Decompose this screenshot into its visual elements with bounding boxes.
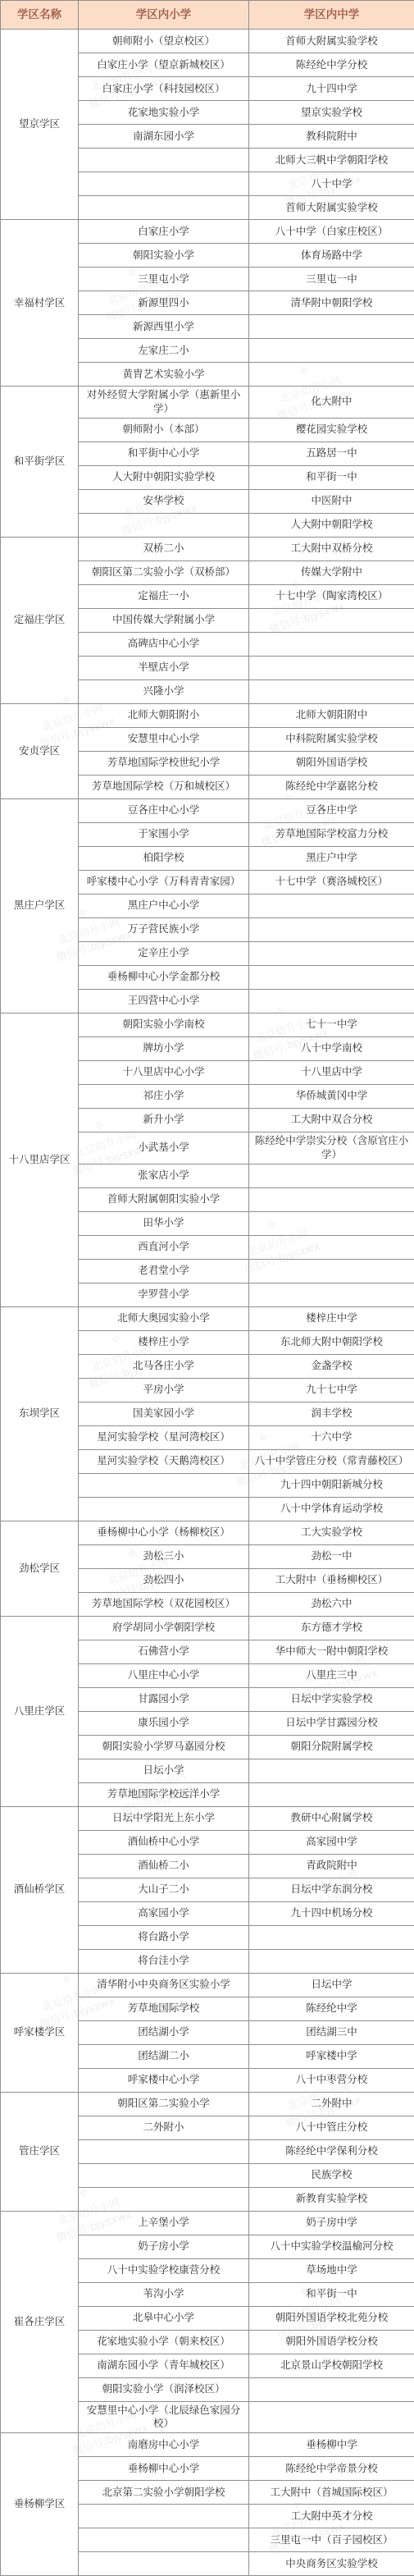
primary-school-cell xyxy=(79,2552,249,2576)
middle-school-cell xyxy=(249,1283,414,1306)
middle-school-cell: 八十中管庄分校 xyxy=(249,2116,414,2139)
primary-school-cell: 将台路小学 xyxy=(79,1925,249,1949)
primary-school-cell: 垂杨柳中心小学金都分校 xyxy=(79,965,249,989)
primary-school-cell: 新升小学 xyxy=(79,1108,249,1132)
primary-school-cell: 黑庄户中心小学 xyxy=(79,894,249,917)
district-name-cell: 安贞学区 xyxy=(1,703,79,798)
middle-school-cell: 中科院附属实验学校 xyxy=(249,727,414,751)
primary-school-cell: 牌坊小学 xyxy=(79,1036,249,1060)
primary-school-cell: 人大附中朝阳实验学校 xyxy=(79,465,249,489)
primary-school-cell: 苇沟小学 xyxy=(79,2282,249,2306)
primary-school-cell: 二外附小 xyxy=(79,2116,249,2139)
primary-school-cell: 西直河小学 xyxy=(79,1235,249,1259)
middle-school-cell: 陈经纶中学帝景分校 xyxy=(249,2457,414,2481)
middle-school-cell: 青政院附中 xyxy=(249,1854,414,1878)
primary-school-cell: 朝阳实验小学罗马嘉园分校 xyxy=(79,1735,249,1759)
middle-school-cell: 垂杨柳中学 xyxy=(249,2433,414,2457)
primary-school-cell: 兴隆小学 xyxy=(79,679,249,703)
middle-school-cell: 十七中学（赛洛城校区） xyxy=(249,870,414,894)
middle-school-cell: 工大实验学校 xyxy=(249,1521,414,1544)
primary-school-cell: 北京第二实验小学朝阳学校 xyxy=(79,2481,249,2505)
middle-school-cell: 高家园中学 xyxy=(249,1830,414,1854)
middle-school-cell: 工大附中双桥分校 xyxy=(249,537,414,560)
middle-school-cell xyxy=(249,1782,414,1806)
middle-school-cell: 陈经纶中学分校 xyxy=(249,53,414,77)
primary-school-cell: 南湖东园小学（青年城校区） xyxy=(79,2354,249,2377)
middle-school-cell xyxy=(249,315,414,339)
primary-school-cell: 北皋中心小学 xyxy=(79,2306,249,2330)
middle-school-cell: 陈经纶中学 xyxy=(249,1997,414,2020)
primary-school-cell: 定福庄一小 xyxy=(79,584,249,608)
primary-school-cell: 酒仙桥中心小学 xyxy=(79,1830,249,1854)
primary-school-cell: 芳草地国际学校（双花园校区） xyxy=(79,1592,249,1616)
header-middle-schools: 学区内中学 xyxy=(249,1,414,30)
primary-school-cell: 八十中实验学校康营分校 xyxy=(79,2258,249,2282)
middle-school-cell: 草场地中学 xyxy=(249,2258,414,2282)
header-district-name: 学区名称 xyxy=(1,1,79,30)
table-row: 劲松学区垂杨柳中心小学（杨柳校区）工大实验学校 xyxy=(1,1521,414,1544)
middle-school-cell: 九十七中学 xyxy=(249,1378,414,1402)
primary-school-cell xyxy=(79,1473,249,1497)
middle-school-cell: 金盏学校 xyxy=(249,1354,414,1378)
primary-school-cell: 于家围小学 xyxy=(79,822,249,846)
middle-school-cell xyxy=(249,363,414,387)
middle-school-cell: 黑庄户中学 xyxy=(249,846,414,870)
primary-school-cell: 垂杨柳中心小学 xyxy=(79,2457,249,2481)
middle-school-cell: 中央商务区实验学校 xyxy=(249,2552,414,2576)
table-row: 十八里店学区朝阳实验小学南校七十一中学 xyxy=(1,1013,414,1036)
primary-school-cell xyxy=(79,2163,249,2187)
primary-school-cell xyxy=(79,513,249,537)
middle-school-cell xyxy=(249,608,414,632)
middle-school-cell: 东北师大附中朝阳学校 xyxy=(249,1330,414,1354)
primary-school-cell: 康乐园小学 xyxy=(79,1711,249,1735)
primary-school-cell: 三里屯小学 xyxy=(79,268,249,291)
district-name-cell: 垂杨柳学区 xyxy=(1,2433,79,2576)
district-name-cell: 崔各庄学区 xyxy=(1,2211,79,2433)
middle-school-cell xyxy=(249,894,414,917)
middle-school-cell: 日坛中学实验学校 xyxy=(249,1687,414,1711)
primary-school-cell: 万子营民族小学 xyxy=(79,917,249,941)
primary-school-cell: 双桥二小 xyxy=(79,537,249,560)
middle-school-cell: 望京实验学校 xyxy=(249,101,414,125)
middle-school-cell xyxy=(249,1164,414,1187)
primary-school-cell: 豆各庄中心小学 xyxy=(79,798,249,822)
middle-school-cell: 九十四中学 xyxy=(249,77,414,101)
primary-school-cell: 朝阳实验小学南校 xyxy=(79,1013,249,1036)
primary-school-cell: 日坛中学阳光上东小学 xyxy=(79,1806,249,1830)
primary-school-cell xyxy=(79,2139,249,2163)
middle-school-cell xyxy=(249,1211,414,1235)
middle-school-cell: 十七中学（陶家湾校区） xyxy=(249,584,414,608)
middle-school-cell: 三里屯一中 xyxy=(249,268,414,291)
middle-school-cell xyxy=(249,656,414,679)
middle-school-cell: 日坛中学东润分校 xyxy=(249,1878,414,1901)
primary-school-cell: 芳草地国际学校（万和城校区） xyxy=(79,775,249,798)
district-school-table: 学区名称 学区内小学 学区内中学 望京学区朝师附小（望京校区）首师大附属实验学校… xyxy=(0,0,414,2576)
district-name-cell: 管庄学区 xyxy=(1,2092,79,2211)
primary-school-cell: 楼梓庄小学 xyxy=(79,1330,249,1354)
middle-school-cell xyxy=(249,1925,414,1949)
middle-school-cell: 和平街一中 xyxy=(249,2282,414,2306)
middle-school-cell: 日坛中学 xyxy=(249,1973,414,1997)
middle-school-cell: 朝阳外国语学校分校 xyxy=(249,2330,414,2354)
primary-school-cell: 安慧里中心小学 xyxy=(79,727,249,751)
primary-school-cell: 高家园小学 xyxy=(79,1901,249,1925)
middle-school-cell: 润丰学校 xyxy=(249,1402,414,1425)
middle-school-cell xyxy=(249,917,414,941)
middle-school-cell xyxy=(249,1259,414,1283)
middle-school-cell: 八十中学南校 xyxy=(249,1036,414,1060)
primary-school-cell xyxy=(79,149,249,172)
primary-school-cell: 首师大附属朝阳实验小学 xyxy=(79,1187,249,1211)
table-row: 安贞学区北师大朝阳附小北师大朝阳附中 xyxy=(1,703,414,727)
primary-school-cell: 朝师附小（望京校区） xyxy=(79,30,249,53)
primary-school-cell: 定辛庄小学 xyxy=(79,941,249,965)
middle-school-cell: 华中师大一附中朝阳学校 xyxy=(249,1640,414,1663)
middle-school-cell: 陈经纶中学保利分校 xyxy=(249,2139,414,2163)
middle-school-cell: 陈经纶中学嘉铭分校 xyxy=(249,775,414,798)
middle-school-cell: 奶子房中学 xyxy=(249,2211,414,2235)
primary-school-cell: 白家庄小学（望京新城校区） xyxy=(79,53,249,77)
middle-school-cell: 呼家楼中学 xyxy=(249,2044,414,2068)
middle-school-cell: 九十四中机场分校 xyxy=(249,1901,414,1925)
primary-school-cell xyxy=(79,2528,249,2552)
primary-school-cell: 星河实验学校（星河湾校区） xyxy=(79,1425,249,1449)
middle-school-cell: 华侨城黄冈中学 xyxy=(249,1084,414,1108)
header-primary-schools: 学区内小学 xyxy=(79,1,249,30)
table-row: 管庄学区朝阳区第二实验小学二外附中 xyxy=(1,2092,414,2116)
district-name-cell: 和平街学区 xyxy=(1,387,79,538)
district-name-cell: 定福庄学区 xyxy=(1,537,79,703)
primary-school-cell: 劲松四小 xyxy=(79,1568,249,1592)
middle-school-cell: 清华附中朝阳学校 xyxy=(249,291,414,315)
primary-school-cell: 平房小学 xyxy=(79,1378,249,1402)
middle-school-cell xyxy=(249,1235,414,1259)
middle-school-cell: 首师大附属实验学校 xyxy=(249,30,414,53)
middle-school-cell: 日坛中学甘露园分校 xyxy=(249,1711,414,1735)
middle-school-cell xyxy=(249,632,414,656)
primary-school-cell: 朝阳区第二实验小学 xyxy=(79,2092,249,2116)
primary-school-cell: 国美家园小学 xyxy=(79,1402,249,1425)
middle-school-cell: 人大附中朝阳学校 xyxy=(249,513,414,537)
middle-school-cell: 八十中实验学校温榆河分校 xyxy=(249,2235,414,2258)
primary-school-cell: 白家庄小学 xyxy=(79,220,249,244)
primary-school-cell: 小武基小学 xyxy=(79,1132,249,1164)
middle-school-cell: 北京景山学校朝阳学校 xyxy=(249,2354,414,2377)
primary-school-cell: 新源西里小学 xyxy=(79,315,249,339)
middle-school-cell xyxy=(249,2401,414,2433)
primary-school-cell: 左家庄二小 xyxy=(79,339,249,363)
middle-school-cell: 三里屯一中（百子园校区） xyxy=(249,2528,414,2552)
primary-school-cell: 安华学校 xyxy=(79,489,249,513)
primary-school-cell xyxy=(79,196,249,220)
middle-school-cell: 朝阳分院附属学校 xyxy=(249,1735,414,1759)
primary-school-cell: 垂杨柳中心小学（杨柳校区） xyxy=(79,1521,249,1544)
primary-school-cell: 孛罗营小学 xyxy=(79,1283,249,1306)
table-row: 东坝学区北师大奥园实验小学楼梓庄中学 xyxy=(1,1306,414,1330)
primary-school-cell: 甘露园小学 xyxy=(79,1687,249,1711)
middle-school-cell xyxy=(249,2377,414,2401)
middle-school-cell xyxy=(249,339,414,363)
middle-school-cell: 朝阳外国语学校 xyxy=(249,751,414,775)
district-name-cell: 呼家楼学区 xyxy=(1,1973,79,2092)
middle-school-cell: 二外附中 xyxy=(249,2092,414,2116)
primary-school-cell: 十八里店中心小学 xyxy=(79,1060,249,1084)
table-row: 酒仙桥学区日坛中学阳光上东小学教研中心附属学校 xyxy=(1,1806,414,1830)
middle-school-cell: 新教育实验学校 xyxy=(249,2187,414,2211)
primary-school-cell: 石佛营小学 xyxy=(79,1640,249,1663)
primary-school-cell: 团结湖小学 xyxy=(79,2020,249,2044)
middle-school-cell: 十八里店中学 xyxy=(249,1060,414,1084)
table-row: 崔各庄学区上辛堡小学奶子房中学 xyxy=(1,2211,414,2235)
primary-school-cell: 将台洼小学 xyxy=(79,1949,249,1973)
middle-school-cell: 教科院附中 xyxy=(249,125,414,149)
district-name-cell: 劲松学区 xyxy=(1,1521,79,1616)
district-name-cell: 酒仙桥学区 xyxy=(1,1806,79,1973)
middle-school-cell: 七十一中学 xyxy=(249,1013,414,1036)
primary-school-cell: 星河实验学校（天鹅湾校区） xyxy=(79,1449,249,1473)
primary-school-cell: 祁庄小学 xyxy=(79,1084,249,1108)
primary-school-cell: 花家地实验小学（朝来校区） xyxy=(79,2330,249,2354)
primary-school-cell: 朝阳实验小学（润泽校区） xyxy=(79,2377,249,2401)
primary-school-cell xyxy=(79,172,249,196)
primary-school-cell: 对外经贸大学附属小学（惠新里小学） xyxy=(79,387,249,419)
middle-school-cell: 豆各庄中学 xyxy=(249,798,414,822)
primary-school-cell: 上辛堡小学 xyxy=(79,2211,249,2235)
middle-school-cell xyxy=(249,1759,414,1782)
district-name-cell: 望京学区 xyxy=(1,30,79,220)
table-row: 和平街学区对外经贸大学附属小学（惠新里小学）化大附中 xyxy=(1,387,414,419)
middle-school-cell: 北师大三帆中学朝阳学校 xyxy=(249,149,414,172)
primary-school-cell: 呼家楼中心小学（万科青青家园） xyxy=(79,870,249,894)
primary-school-cell xyxy=(79,2187,249,2211)
middle-school-cell: 和平街一中 xyxy=(249,465,414,489)
primary-school-cell xyxy=(79,2505,249,2528)
middle-school-cell: 劲松一中 xyxy=(249,1544,414,1568)
primary-school-cell: 白家庄小学（科技园校区） xyxy=(79,77,249,101)
primary-school-cell: 芳草地国际学校世纪小学 xyxy=(79,751,249,775)
middle-school-cell: 北师大朝阳附中 xyxy=(249,703,414,727)
middle-school-cell: 十六中学 xyxy=(249,1425,414,1449)
header-row: 学区名称 学区内小学 学区内中学 xyxy=(1,1,414,30)
primary-school-cell: 北师大奥园实验小学 xyxy=(79,1306,249,1330)
primary-school-cell: 新源里四小 xyxy=(79,291,249,315)
primary-school-cell: 田华小学 xyxy=(79,1211,249,1235)
primary-school-cell: 呼家楼中心小学 xyxy=(79,2068,249,2092)
middle-school-cell xyxy=(249,989,414,1013)
table-row: 垂杨柳学区南磨房中心小学垂杨柳中学 xyxy=(1,2433,414,2457)
table-row: 幸福村学区白家庄小学八十中学（白家庄校区） xyxy=(1,220,414,244)
middle-school-cell: 工大附中（首城国际校区） xyxy=(249,2481,414,2505)
middle-school-cell xyxy=(249,679,414,703)
middle-school-cell: 八十中枣营分校 xyxy=(249,2068,414,2092)
primary-school-cell: 朝阳区第二实验小学（双桥部） xyxy=(79,560,249,584)
middle-school-cell xyxy=(249,965,414,989)
middle-school-cell: 八十中学体育运动学校 xyxy=(249,1497,414,1521)
middle-school-cell: 东方德才学校 xyxy=(249,1616,414,1640)
primary-school-cell: 朝阳实验小学 xyxy=(79,244,249,268)
middle-school-cell: 民族学校 xyxy=(249,2163,414,2187)
table-row: 望京学区朝师附小（望京校区）首师大附属实验学校 xyxy=(1,30,414,53)
table-row: 八里庄学区府学胡同小学朝阳学校东方德才学校 xyxy=(1,1616,414,1640)
middle-school-cell: 工大附中（垂杨柳校区） xyxy=(249,1568,414,1592)
primary-school-cell: 团结湖二小 xyxy=(79,2044,249,2068)
district-name-cell: 八里庄学区 xyxy=(1,1616,79,1806)
primary-school-cell: 北师大朝阳附小 xyxy=(79,703,249,727)
primary-school-cell: 半壁店小学 xyxy=(79,656,249,679)
primary-school-cell: 北马各庄小学 xyxy=(79,1354,249,1378)
middle-school-cell: 中医附中 xyxy=(249,489,414,513)
middle-school-cell: 传媒大学附中 xyxy=(249,560,414,584)
primary-school-cell: 安慧里中心小学（北辰绿色家园分校） xyxy=(79,2401,249,2433)
middle-school-cell: 化大附中 xyxy=(249,387,414,419)
primary-school-cell: 芳草地国际学校 xyxy=(79,1997,249,2020)
middle-school-cell xyxy=(249,941,414,965)
middle-school-cell: 九十四中朝阳新城分校 xyxy=(249,1473,414,1497)
middle-school-cell: 团结湖三中 xyxy=(249,2020,414,2044)
table-row: 黑庄户学区豆各庄中心小学豆各庄中学 xyxy=(1,798,414,822)
primary-school-cell: 张家店小学 xyxy=(79,1164,249,1187)
middle-school-cell: 八十中学（白家庄校区） xyxy=(249,220,414,244)
primary-school-cell: 花家地实验小学 xyxy=(79,101,249,125)
table-row: 定福庄学区双桥二小工大附中双桥分校 xyxy=(1,537,414,560)
primary-school-cell: 奶子房小学 xyxy=(79,2235,249,2258)
primary-school-cell: 柏阳学校 xyxy=(79,846,249,870)
table-row: 呼家楼学区清华附小中央商务区实验小学日坛中学 xyxy=(1,1973,414,1997)
primary-school-cell: 府学胡同小学朝阳学校 xyxy=(79,1616,249,1640)
middle-school-cell: 芳草地国际学校富力分校 xyxy=(249,822,414,846)
middle-school-cell: 朝阳外国语学校北苑分校 xyxy=(249,2306,414,2330)
primary-school-cell: 中国传媒大学附属小学 xyxy=(79,608,249,632)
primary-school-cell: 芳草地国际学校远洋小学 xyxy=(79,1782,249,1806)
primary-school-cell: 和平街中心小学 xyxy=(79,442,249,465)
middle-school-cell: 五路居一中 xyxy=(249,442,414,465)
primary-school-cell: 清华附小中央商务区实验小学 xyxy=(79,1973,249,1997)
middle-school-cell: 首师大附属实验学校 xyxy=(249,196,414,220)
primary-school-cell: 朝师附小（本部） xyxy=(79,418,249,442)
middle-school-cell: 工大附中双合分校 xyxy=(249,1108,414,1132)
middle-school-cell: 劲松六中 xyxy=(249,1592,414,1616)
primary-school-cell: 南磨房中心小学 xyxy=(79,2433,249,2457)
middle-school-cell: 樱花园实验学校 xyxy=(249,418,414,442)
district-name-cell: 东坝学区 xyxy=(1,1306,79,1521)
district-name-cell: 十八里店学区 xyxy=(1,1013,79,1306)
primary-school-cell: 高碑店中心小学 xyxy=(79,632,249,656)
page: ✧北京幼升小网微信号:bjysxwx✧北京幼升小网微信号:bjysxwx✧北京幼… xyxy=(0,0,414,2576)
district-name-cell: 黑庄户学区 xyxy=(1,798,79,1013)
middle-school-cell: 楼梓庄中学 xyxy=(249,1306,414,1330)
middle-school-cell: 体育场路中学 xyxy=(249,244,414,268)
primary-school-cell: 酒仙桥二小 xyxy=(79,1854,249,1878)
primary-school-cell: 黄胄艺术实验小学 xyxy=(79,363,249,387)
primary-school-cell: 老君堂小学 xyxy=(79,1259,249,1283)
middle-school-cell xyxy=(249,1949,414,1973)
middle-school-cell: 八十中学 xyxy=(249,172,414,196)
primary-school-cell xyxy=(79,1497,249,1521)
middle-school-cell: 八十中学管庄分校（常青藤校区） xyxy=(249,1449,414,1473)
middle-school-cell xyxy=(249,1187,414,1211)
primary-school-cell: 王四营中心小学 xyxy=(79,989,249,1013)
middle-school-cell: 教研中心附属学校 xyxy=(249,1806,414,1830)
middle-school-cell: 工大附中英才分校 xyxy=(249,2505,414,2528)
district-name-cell: 幸福村学区 xyxy=(1,220,79,387)
primary-school-cell: 劲松三小 xyxy=(79,1544,249,1568)
primary-school-cell: 大山子二小 xyxy=(79,1878,249,1901)
middle-school-cell: 陈经纶中学崇实分校（含原官庄小学） xyxy=(249,1132,414,1164)
primary-school-cell: 日坛小学 xyxy=(79,1759,249,1782)
primary-school-cell: 南湖东园小学 xyxy=(79,125,249,149)
middle-school-cell: 八里庄三中 xyxy=(249,1663,414,1687)
primary-school-cell: 八里庄中心小学 xyxy=(79,1663,249,1687)
